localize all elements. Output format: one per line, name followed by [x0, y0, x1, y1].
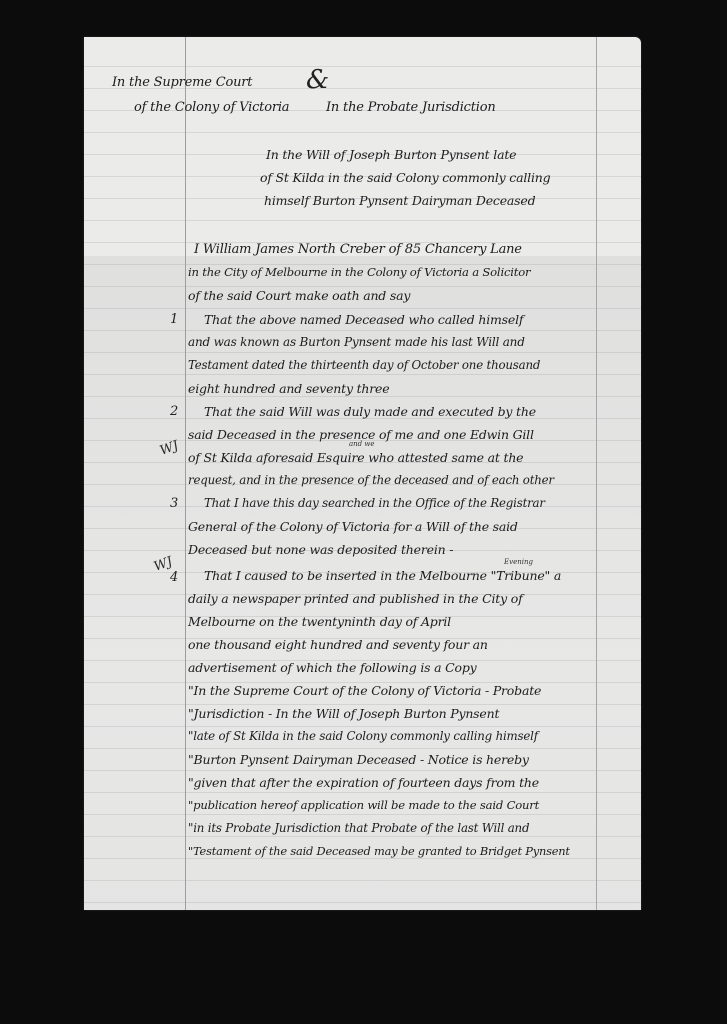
para2-line3: of St Kilda aforesaid Esquire who attest…	[188, 450, 523, 465]
para4-line1: That I caused to be inserted in the Melb…	[204, 568, 561, 583]
para1-line2: and was known as Burton Pynsent made his…	[188, 335, 525, 349]
para3-line2: General of the Colony of Victoria for a …	[188, 519, 518, 534]
intro-line2: in the City of Melbourne in the Colony o…	[188, 265, 530, 279]
right-margin-rule	[596, 37, 597, 910]
intro-line3: of the said Court make oath and say	[188, 288, 410, 303]
heading-brace: &	[306, 65, 329, 95]
intro-line1: I William James North Creber of 85 Chanc…	[194, 242, 522, 257]
interlineation-evening: Evening	[504, 558, 533, 566]
para1-line1: That the above named Deceased who called…	[204, 312, 523, 327]
para3-line3: Deceased but none was deposited therein …	[188, 542, 453, 557]
left-margin-rule	[185, 37, 186, 910]
para3-line1: That I have this day searched in the Off…	[204, 496, 545, 510]
para4-line10: "given that after the expiration of four…	[188, 775, 539, 790]
matter-line3: himself Burton Pynsent Dairyman Deceased	[264, 193, 535, 208]
paragraph-number-2: 2	[170, 404, 178, 419]
para4-line6: "In the Supreme Court of the Colony of V…	[188, 683, 541, 698]
para4-line13: "Testament of the said Deceased may be g…	[188, 844, 570, 858]
matter-line2: of St Kilda in the said Colony commonly …	[260, 170, 550, 185]
para2-line1: That the said Will was duly made and exe…	[204, 404, 536, 419]
para4-line12: "in its Probate Jurisdiction that Probat…	[188, 821, 529, 835]
para4-line5: advertisement of which the following is …	[188, 660, 477, 675]
document-page: In the Supreme Court of the Colony of Vi…	[84, 37, 641, 910]
court-heading-line1: In the Supreme Court	[112, 75, 252, 90]
paragraph-number-4: 4	[170, 570, 178, 585]
para4-line3: Melbourne on the twentyninth day of Apri…	[188, 614, 451, 629]
matter-line1: In the Will of Joseph Burton Pynsent lat…	[266, 147, 516, 162]
para1-line3: Testament dated the thirteenth day of Oc…	[188, 358, 540, 372]
para1-line4: eight hundred and seventy three	[188, 381, 389, 396]
interlineation-and-we: and we	[349, 440, 375, 448]
para2-line4: request, and in the presence of the dece…	[188, 473, 554, 487]
para4-line2: daily a newspaper printed and published …	[188, 591, 523, 606]
para4-line7: "Jurisdiction - In the Will of Joseph Bu…	[188, 706, 499, 721]
para4-line4: one thousand eight hundred and seventy f…	[188, 637, 488, 652]
para4-line9: "Burton Pynsent Dairyman Deceased - Noti…	[188, 752, 529, 767]
jurisdiction-heading: In the Probate Jurisdiction	[326, 100, 496, 115]
paragraph-number-1: 1	[170, 312, 178, 327]
court-heading-line2: of the Colony of Victoria	[134, 100, 289, 115]
para4-line11: "publication hereof application will be …	[188, 798, 539, 812]
paragraph-number-3: 3	[170, 496, 178, 511]
para4-line8: "late of St Kilda in the said Colony com…	[188, 729, 538, 743]
